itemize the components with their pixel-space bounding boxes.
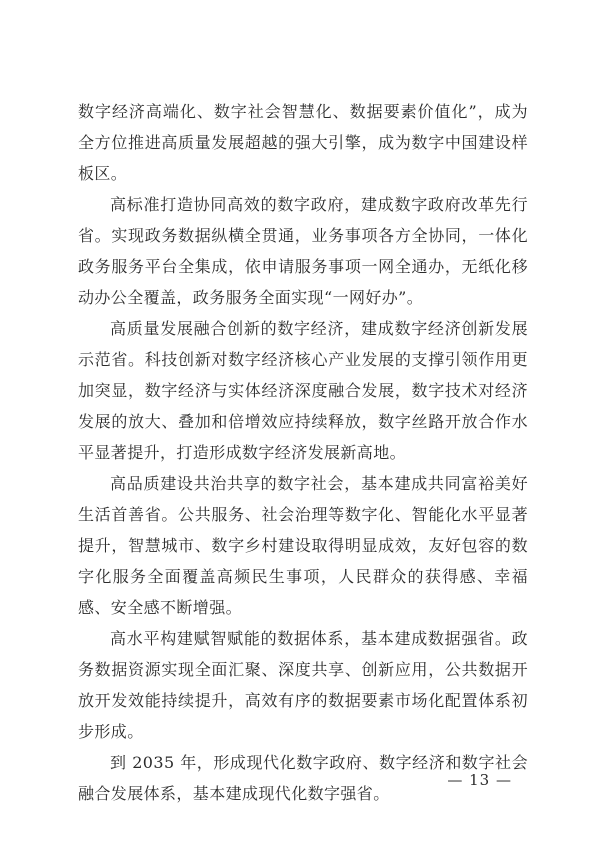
document-body: 数字经济高端化、数字社会智慧化、数据要素价值化”，成为全方位推进高质量发展超越的… xyxy=(78,96,528,809)
paragraph: 高水平构建赋智赋能的数据体系，基本建成数据强省。政务数据资源实现全面汇聚、深度共… xyxy=(78,623,528,747)
page-footer: — 13 — xyxy=(447,770,512,790)
document-page: 数字经济高端化、数字社会智慧化、数据要素价值化”，成为全方位推进高质量发展超越的… xyxy=(0,0,600,847)
page-number: — 13 — xyxy=(447,771,512,789)
paragraph: 数字经济高端化、数字社会智慧化、数据要素价值化”，成为全方位推进高质量发展超越的… xyxy=(78,96,528,189)
paragraph: 高标准打造协同高效的数字政府，建成数字政府改革先行省。实现政务数据纵横全贯通，业… xyxy=(78,189,528,313)
paragraph: 高品质建设共治共享的数字社会，基本建成共同富裕美好生活首善省。公共服务、社会治理… xyxy=(78,468,528,623)
paragraph: 高质量发展融合创新的数字经济，建成数字经济创新发展示范省。科技创新对数字经济核心… xyxy=(78,313,528,468)
